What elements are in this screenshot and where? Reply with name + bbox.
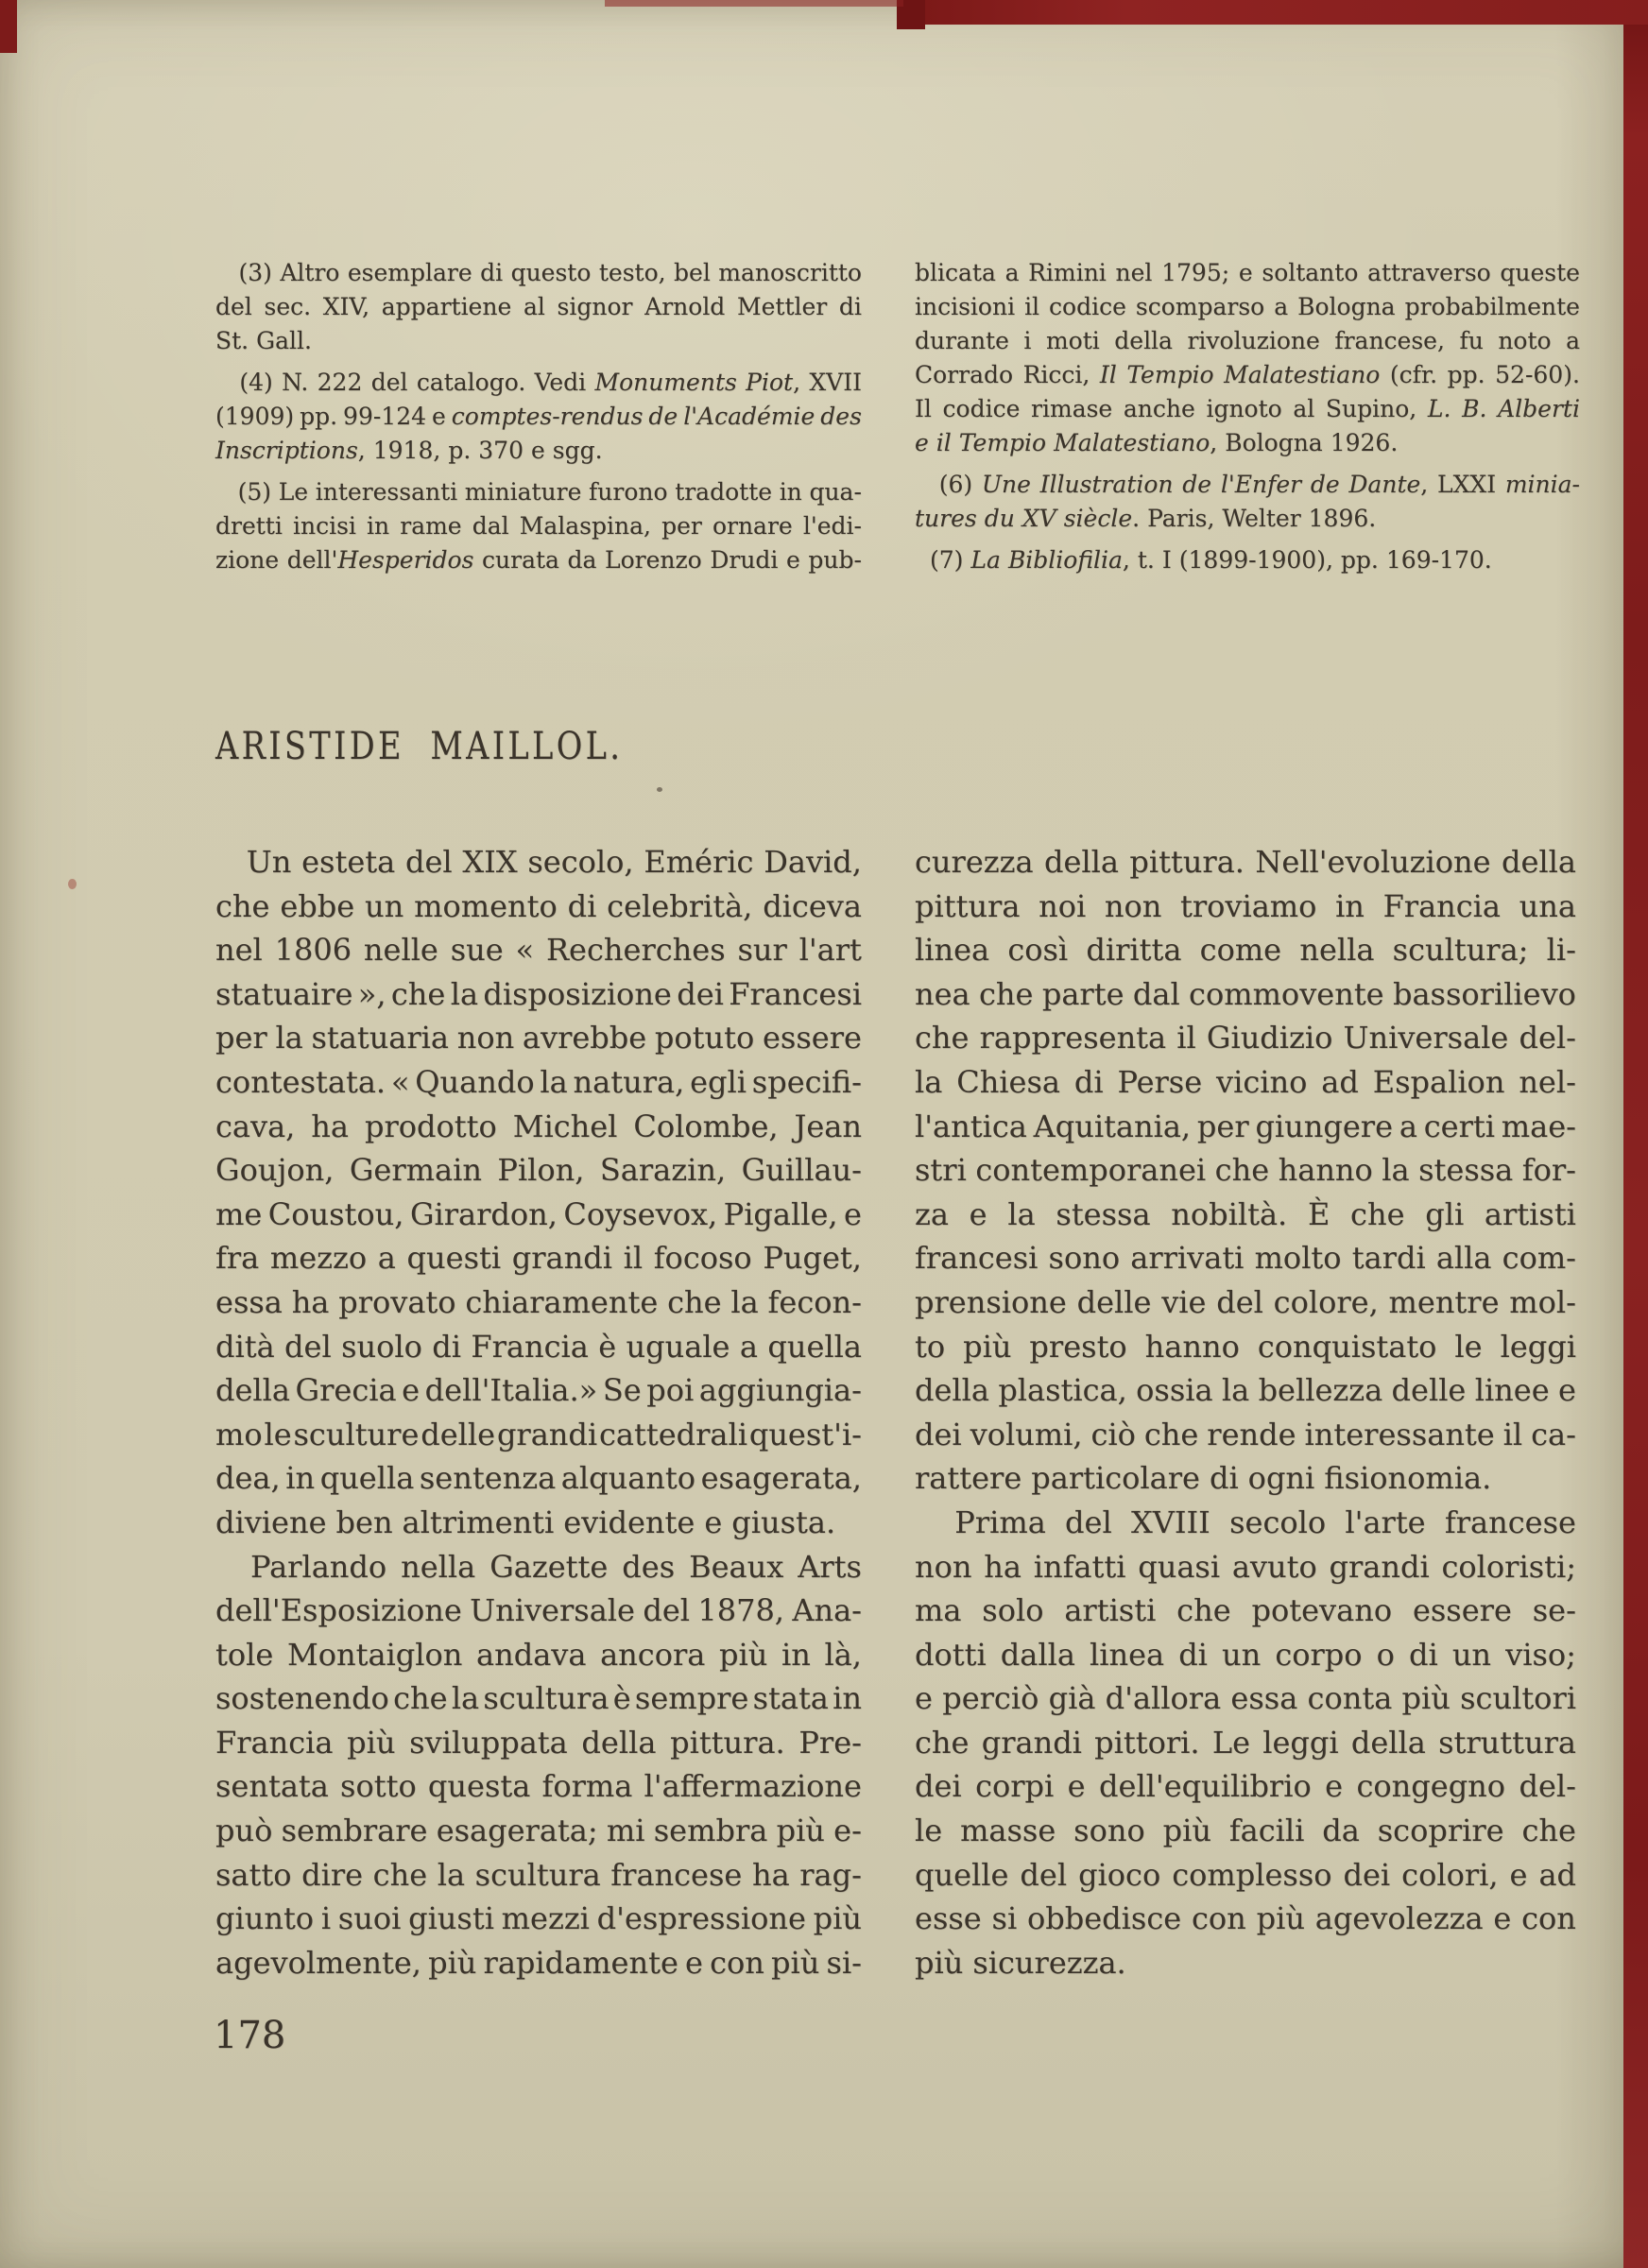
text-line: (6)UneIllustrationdel'EnferdeDante,LXXIm… [915,472,1580,507]
text-line: deivolumi,ciòcherendeinteressanteilca- [915,1417,1576,1461]
text-line: agevolmente,piùrapidamenteeconpiùsi- [215,1945,862,1989]
text-line: ParlandonellaGazettedesBeauxArts [215,1549,862,1593]
text-line: stricontemporaneichehannolastessafor- [915,1152,1576,1196]
scanned-book-page: (3)Altroesemplarediquestotesto,belmanosc… [0,0,1648,2268]
text-line: duranteimotidellarivoluzionefrancese,fun… [915,329,1580,363]
top-edge-red-band [902,0,1648,25]
text-line: eilTempioMalatestiano,Bologna1926. [915,431,1580,465]
text-line: (7)LaBibliofilia,t.I(1899-1900),pp.169-1… [915,548,1580,582]
text-line: nonhainfattiquasiavutograndicoloristi; [915,1549,1576,1593]
text-line: francesisonoarrivatimoltotardiallacom- [915,1240,1576,1284]
text-line: molesculturedellegrandicattedraliquest'i… [215,1417,862,1461]
text-line: sostenendochelasculturaèsemprestatain [215,1680,862,1725]
text-line: nel1806nellesue«Recherchessurl'art [215,932,862,976]
text-line: curezzadellapittura.Nell'evoluzionedella [915,844,1576,888]
body-left-column: UnestetadelXIXsecolo,EméricDavid,cheebbe… [215,844,862,1988]
text-line: puòsembrareesagerata;misembrapiùe- [215,1813,862,1857]
text-line: masoloartistichepotevanoesserese- [915,1592,1576,1637]
text-line: lemassesonopiùfacilidascoprireche [915,1813,1576,1857]
text-line: rattereparticolarediognifisionomia. [915,1460,1576,1504]
text-line: deicorpiedell'equilibrioecongegnodel- [915,1768,1576,1813]
page-number: 178 [214,2017,285,2054]
text-line: UnestetadelXIXsecolo,EméricDavid, [215,844,862,888]
text-line: zionedell'HesperidoscuratadaLorenzoDrudi… [215,548,862,582]
text-line: dottidallalineadiuncorpoodiunviso; [915,1637,1576,1681]
text-line: CorradoRicci,IlTempioMalatestiano(cfr.pp… [915,363,1580,397]
text-line: (5)Leinteressantiminiaturefuronotradotte… [215,480,862,514]
text-line: drettiincisiinramedalMalaspina,perornare… [215,514,862,548]
text-line: (1909)pp.99-124ecomptes-rendusdel'Académ… [215,404,862,438]
text-line: (3)Altroesemplarediquestotesto,belmanosc… [215,261,862,295]
text-line: Franciapiùsviluppatadellapittura.Pre- [215,1725,862,1769]
text-line: ditàdelsuolodiFranciaèugualeaquella [215,1329,862,1373]
red-spine-stripe [1623,0,1648,2268]
gutter-shadow [1555,0,1623,2268]
text-line: dellaGreciaedell'Italia.»Sepoiaggiungia- [215,1372,862,1417]
text-line: giuntoisuoigiustimezzid'espressionepiù [215,1900,862,1945]
text-line: IlcodicerimaseancheignotoalSupino,L.B.Al… [915,397,1580,431]
footnotes-right-column: blicataaRimininel1795;esoltantoattravers… [915,261,1580,582]
text-line: piùsicurezza. [915,1945,1576,1989]
text-line: Goujon,GermainPilon,Sarazin,Guillau- [215,1152,862,1196]
text-line: framezzoaquestigrandiilfocosoPuget, [215,1240,862,1284]
text-line: dea,inquellasentenzaalquantoesagerata, [215,1460,862,1504]
text-line: meCoustou,Girardon,Coysevox,Pigalle,e [215,1196,862,1241]
footnotes-left-column: (3)Altroesemplarediquestotesto,belmanosc… [215,261,862,582]
text-line: laChiesadiPersevicinoadEspalionnel- [915,1064,1576,1108]
text-line: pitturanoinontroviamoinFranciauna [915,888,1576,933]
red-speck [68,879,77,889]
text-line: prensionedelleviedelcolore,mentremol- [915,1284,1576,1329]
text-line: contestata.«Quandolanatura,eglispecifi- [215,1064,862,1108]
text-line: neachepartedalcommoventebassorilievo [915,976,1576,1021]
ink-speck [657,787,662,792]
text-line: statuaire»,cheladisposizionedeiFrancesi [215,976,862,1021]
text-line: sattodirechelasculturafranceseharag- [215,1857,862,1901]
text-line: essahaprovatochiaramentechelafecon- [215,1284,862,1329]
text-line: zaelastessanobiltà.Èchegliartisti [915,1196,1576,1241]
text-line: (4)N.222delcatalogo.VediMonumentsPiot,XV… [215,370,862,404]
text-line: Inscriptions,1918,p.370esgg. [215,438,862,472]
text-line: dellaplastica,ossialabellezzadellelineee [915,1372,1576,1417]
text-line: topiùprestohannoconquistatoleleggi [915,1329,1576,1373]
text-line: St.Gall. [215,329,862,363]
text-line: PrimadelXVIIIsecolol'artefrancese [915,1504,1576,1549]
article-title: ARISTIDE MAILLOL. [215,728,623,765]
text-line: cava,haprodottoMichelColombe,Jean [215,1108,862,1153]
text-line: incisioniilcodicescomparsoaBolognaprobab… [915,295,1580,329]
text-line: perlastatuarianonavrebbepotutoessere [215,1020,862,1064]
text-line: delsec.XIV,appartienealsignorArnoldMettl… [215,295,862,329]
text-line: cheebbeunmomentodicelebrità,diceva [215,888,862,933]
text-line: l'anticaAquitania,pergiungereacertimae- [915,1108,1576,1153]
text-line: chegrandipittori.Leleggidellastruttura [915,1725,1576,1769]
text-line: sentatasottoquestaformal'affermazione [215,1768,862,1813]
top-edge-red-line [605,0,903,7]
text-line: quelledelgiococomplessodeicolori,ead [915,1857,1576,1901]
text-line: dell'EsposizioneUniversaledel1878,Ana- [215,1592,862,1637]
body-right-column: curezzadellapittura.Nell'evoluzionedella… [915,844,1576,1988]
text-line: toleMontaiglonandavaancorapiùinlà, [215,1637,862,1681]
text-line: lineacosìdirittacomenellascultura;li- [915,932,1576,976]
text-line: essesiobbedisceconpiùagevolezzaecon [915,1900,1576,1945]
text-line: cherappresentailGiudizioUniversaledel- [915,1020,1576,1064]
text-line: turesduXVsiècle.Paris,Welter1896. [915,507,1580,541]
text-line: blicataaRimininel1795;esoltantoattravers… [915,261,1580,295]
text-line: eperciògiàd'alloraessacontapiùscultori [915,1680,1576,1725]
text-line: divienebenaltrimentievidenteegiusta. [215,1504,862,1549]
top-left-red-corner-mark [0,0,17,53]
